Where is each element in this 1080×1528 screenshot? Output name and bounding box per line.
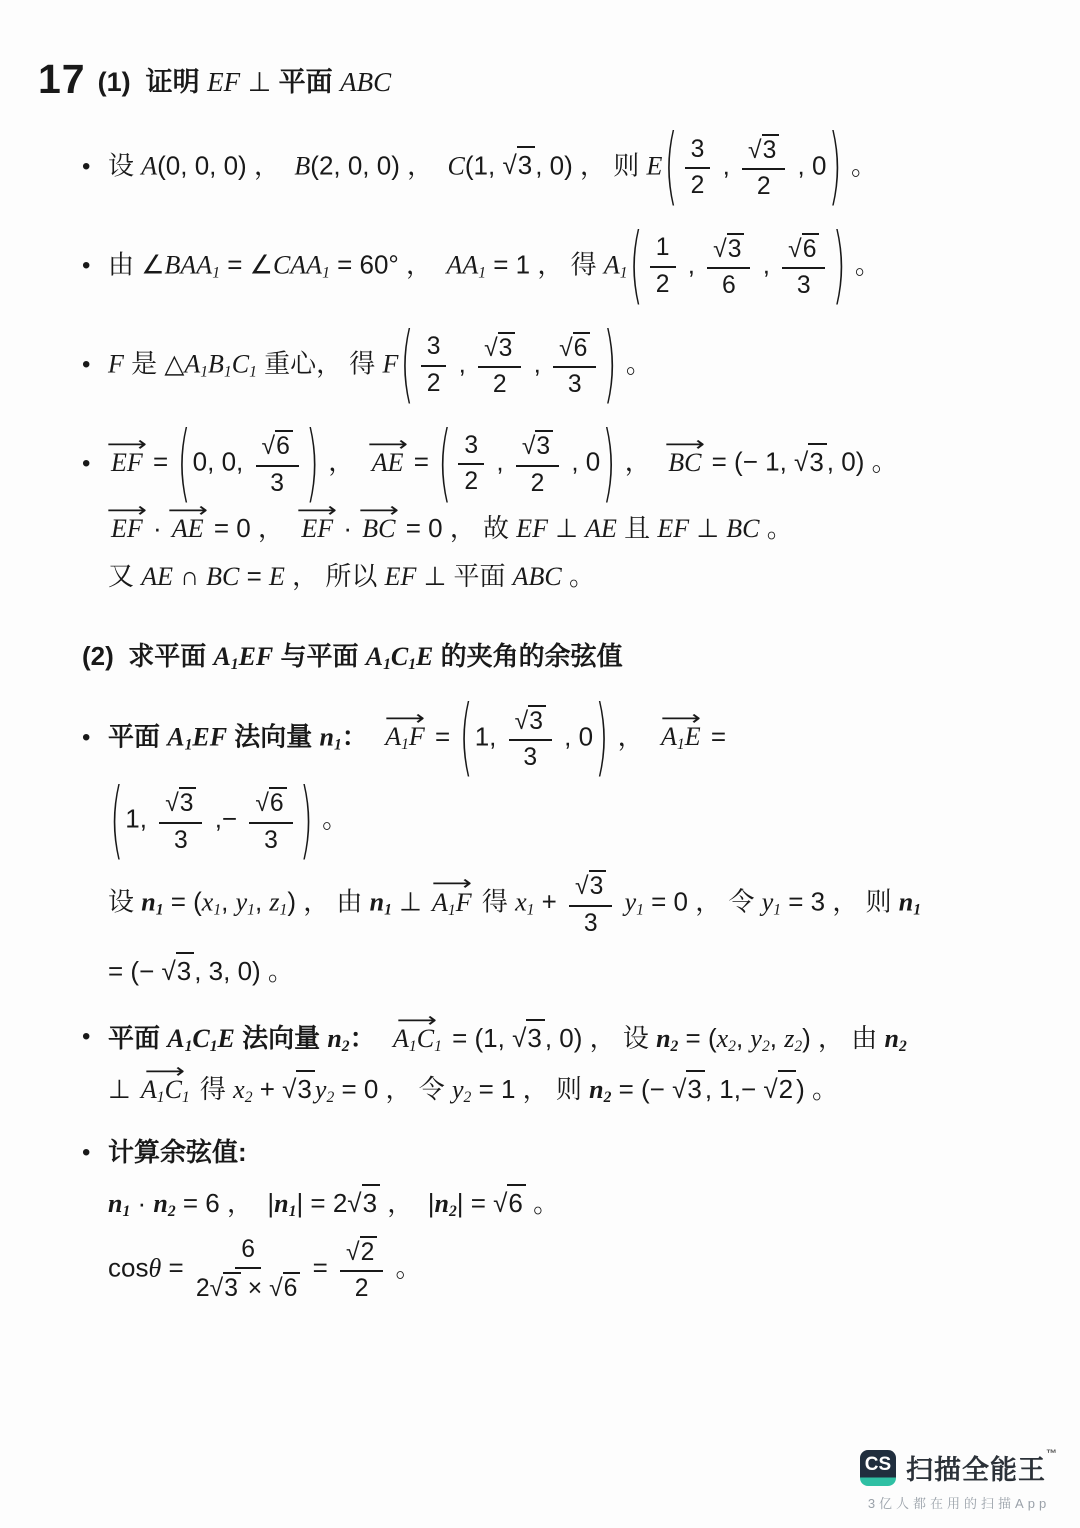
fraction: 62√3 × √6 [196, 1235, 300, 1304]
fraction: √32 [742, 133, 785, 202]
vector: ⟶A1F [385, 720, 425, 754]
sqrt-expression: √6 [788, 233, 819, 264]
fraction: √63 [256, 429, 299, 498]
big-paren: ) [828, 112, 841, 222]
math-line: n1 · n2 = 6 ， |n1| = 2√3 ， |n2| = √6 。 [82, 1184, 1036, 1221]
vector: ⟶EF [111, 512, 143, 546]
vector: ⟶A1F [432, 886, 472, 920]
sqrt-expression: √2 [763, 1070, 796, 1107]
math-line: 由 ∠BAA1 = ∠CAA1 = 60° ， AA1 = 1 ， 得 A1(1… [82, 232, 1036, 301]
sqrt-expression: √6 [255, 787, 286, 818]
vector: ⟶A1E [661, 720, 701, 754]
sqrt-expression: √3 [672, 1070, 705, 1107]
watermark-logo-row: CS 扫描全能王™ [860, 1448, 1058, 1487]
sqrt-expression: √3 [502, 146, 535, 183]
sqrt-expression: √3 [748, 134, 779, 165]
vector: ⟶EF [301, 512, 333, 546]
cs-logo-icon: CS [860, 1450, 896, 1486]
vector: ⟶AE [372, 446, 404, 480]
watermark-tagline: 3亿人都在用的扫描App [860, 1493, 1058, 1512]
fraction: √36 [707, 232, 750, 301]
fraction: 32 [421, 332, 447, 398]
vector: ⟶BC [362, 512, 395, 546]
math-line: cosθ = 62√3 × √6 = √22 。 [82, 1235, 1036, 1304]
big-paren: ) [603, 310, 616, 420]
vector: ⟶AE [172, 512, 204, 546]
math-line: ⟶EF · ⟶AE = 0 ， ⟶EF · ⟶BC = 0 ， 故 EF ⊥ A… [82, 512, 1036, 546]
fraction: √32 [478, 331, 521, 400]
sqrt-expression: √2 [346, 1236, 377, 1267]
big-paren: ( [177, 409, 190, 519]
sqrt-expression: √3 [522, 430, 553, 461]
vector: ⟶A1C1 [141, 1073, 190, 1107]
sqrt-expression: √6 [269, 1272, 300, 1303]
fraction: √22 [340, 1235, 383, 1304]
big-paren: ( [110, 766, 123, 876]
big-paren: ) [300, 766, 313, 876]
solution-lines: 设 A(0, 0, 0) ， B(2, 0, 0) ， C(1, √3, 0) … [38, 133, 1036, 1304]
big-paren: ) [306, 409, 319, 519]
fraction: √33 [159, 786, 202, 855]
fraction: 32 [685, 135, 711, 201]
math-line: ⟶EF = (0, 0, √63) ， ⟶AE = (32 , √32 , 0)… [82, 429, 1036, 498]
sqrt-expression: √3 [794, 443, 827, 480]
math-line: = (− √3, 3, 0) 。 [82, 952, 1036, 989]
problem-number: 17 [38, 56, 86, 102]
sqrt-expression: √6 [262, 430, 293, 461]
big-paren: ( [630, 211, 643, 321]
math-line: ⊥ ⟶A1C1 得 x2 + √3y2 = 0 ， 令 y2 = 1 ， 则 n… [82, 1070, 1036, 1107]
part1-heading: (1) 证明 EF ⊥ 平面 ABC [98, 67, 392, 97]
big-paren: ( [400, 310, 413, 420]
math-line: 设 A(0, 0, 0) ， B(2, 0, 0) ， C(1, √3, 0) … [82, 133, 1036, 202]
page-title: 17(1) 证明 EF ⊥ 平面 ABC [38, 56, 1036, 103]
fraction: √63 [553, 331, 596, 400]
sqrt-expression: √3 [347, 1184, 380, 1221]
sqrt-expression: √3 [161, 952, 194, 989]
math-line: 平面 A1C1E 法向量 n2： ⟶A1C1 = (1, √3, 0) ， 设 … [82, 1019, 1036, 1056]
sqrt-expression: √3 [210, 1272, 241, 1303]
big-paren: ( [664, 112, 677, 222]
trademark-symbol: ™ [1046, 1448, 1058, 1460]
math-line: 计算余弦值: [82, 1136, 1036, 1170]
fraction: √32 [516, 429, 559, 498]
big-paren: ) [595, 683, 608, 793]
document-page: 17(1) 证明 EF ⊥ 平面 ABC 设 A(0, 0, 0) ， B(2,… [0, 0, 1080, 1304]
math-line: 又 AE ∩ BC = E ， 所以 EF ⊥ 平面 ABC 。 [82, 560, 1036, 594]
vector: ⟶A1C1 [393, 1022, 442, 1056]
sqrt-expression: √3 [512, 1019, 545, 1056]
big-paren: ) [832, 211, 845, 321]
fraction: √63 [782, 232, 825, 301]
fraction: √33 [569, 869, 612, 938]
vector: ⟶BC [668, 446, 701, 480]
math-line: 设 n1 = (x1, y1, z1) ， 由 n1 ⊥ ⟶A1F 得 x1 +… [82, 869, 1036, 938]
sqrt-expression: √6 [559, 332, 590, 363]
sqrt-expression: √3 [575, 870, 606, 901]
big-paren: ) [602, 409, 615, 519]
sqrt-expression: √6 [493, 1184, 526, 1221]
math-line: 平面 A1EF 法向量 n1： ⟶A1F = (1, √33 , 0) ， ⟶A… [82, 704, 1036, 773]
math-line: (2) 求平面 A1EF 与平面 A1C1E 的夹角的余弦值 [82, 640, 1036, 674]
fraction: √63 [249, 786, 292, 855]
vector: ⟶EF [111, 446, 143, 480]
big-paren: ( [438, 409, 451, 519]
camscanner-watermark: CS 扫描全能王™ 3亿人都在用的扫描App [860, 1448, 1058, 1512]
watermark-app-name: 扫描全能王™ [906, 1448, 1058, 1487]
fraction: 12 [650, 233, 676, 299]
sqrt-expression: √3 [484, 332, 515, 363]
sqrt-expression: √3 [165, 787, 196, 818]
math-line: F 是 △A1B1C1 重心， 得 F(32 , √32 , √63) 。 [82, 331, 1036, 400]
fraction: 32 [458, 431, 484, 497]
sqrt-expression: √3 [713, 233, 744, 264]
big-paren: ( [459, 683, 472, 793]
sqrt-expression: √3 [515, 705, 546, 736]
sqrt-expression: √3 [282, 1070, 315, 1107]
math-line: (1, √33 ,− √63) 。 [82, 786, 1036, 855]
fraction: √33 [509, 704, 552, 773]
